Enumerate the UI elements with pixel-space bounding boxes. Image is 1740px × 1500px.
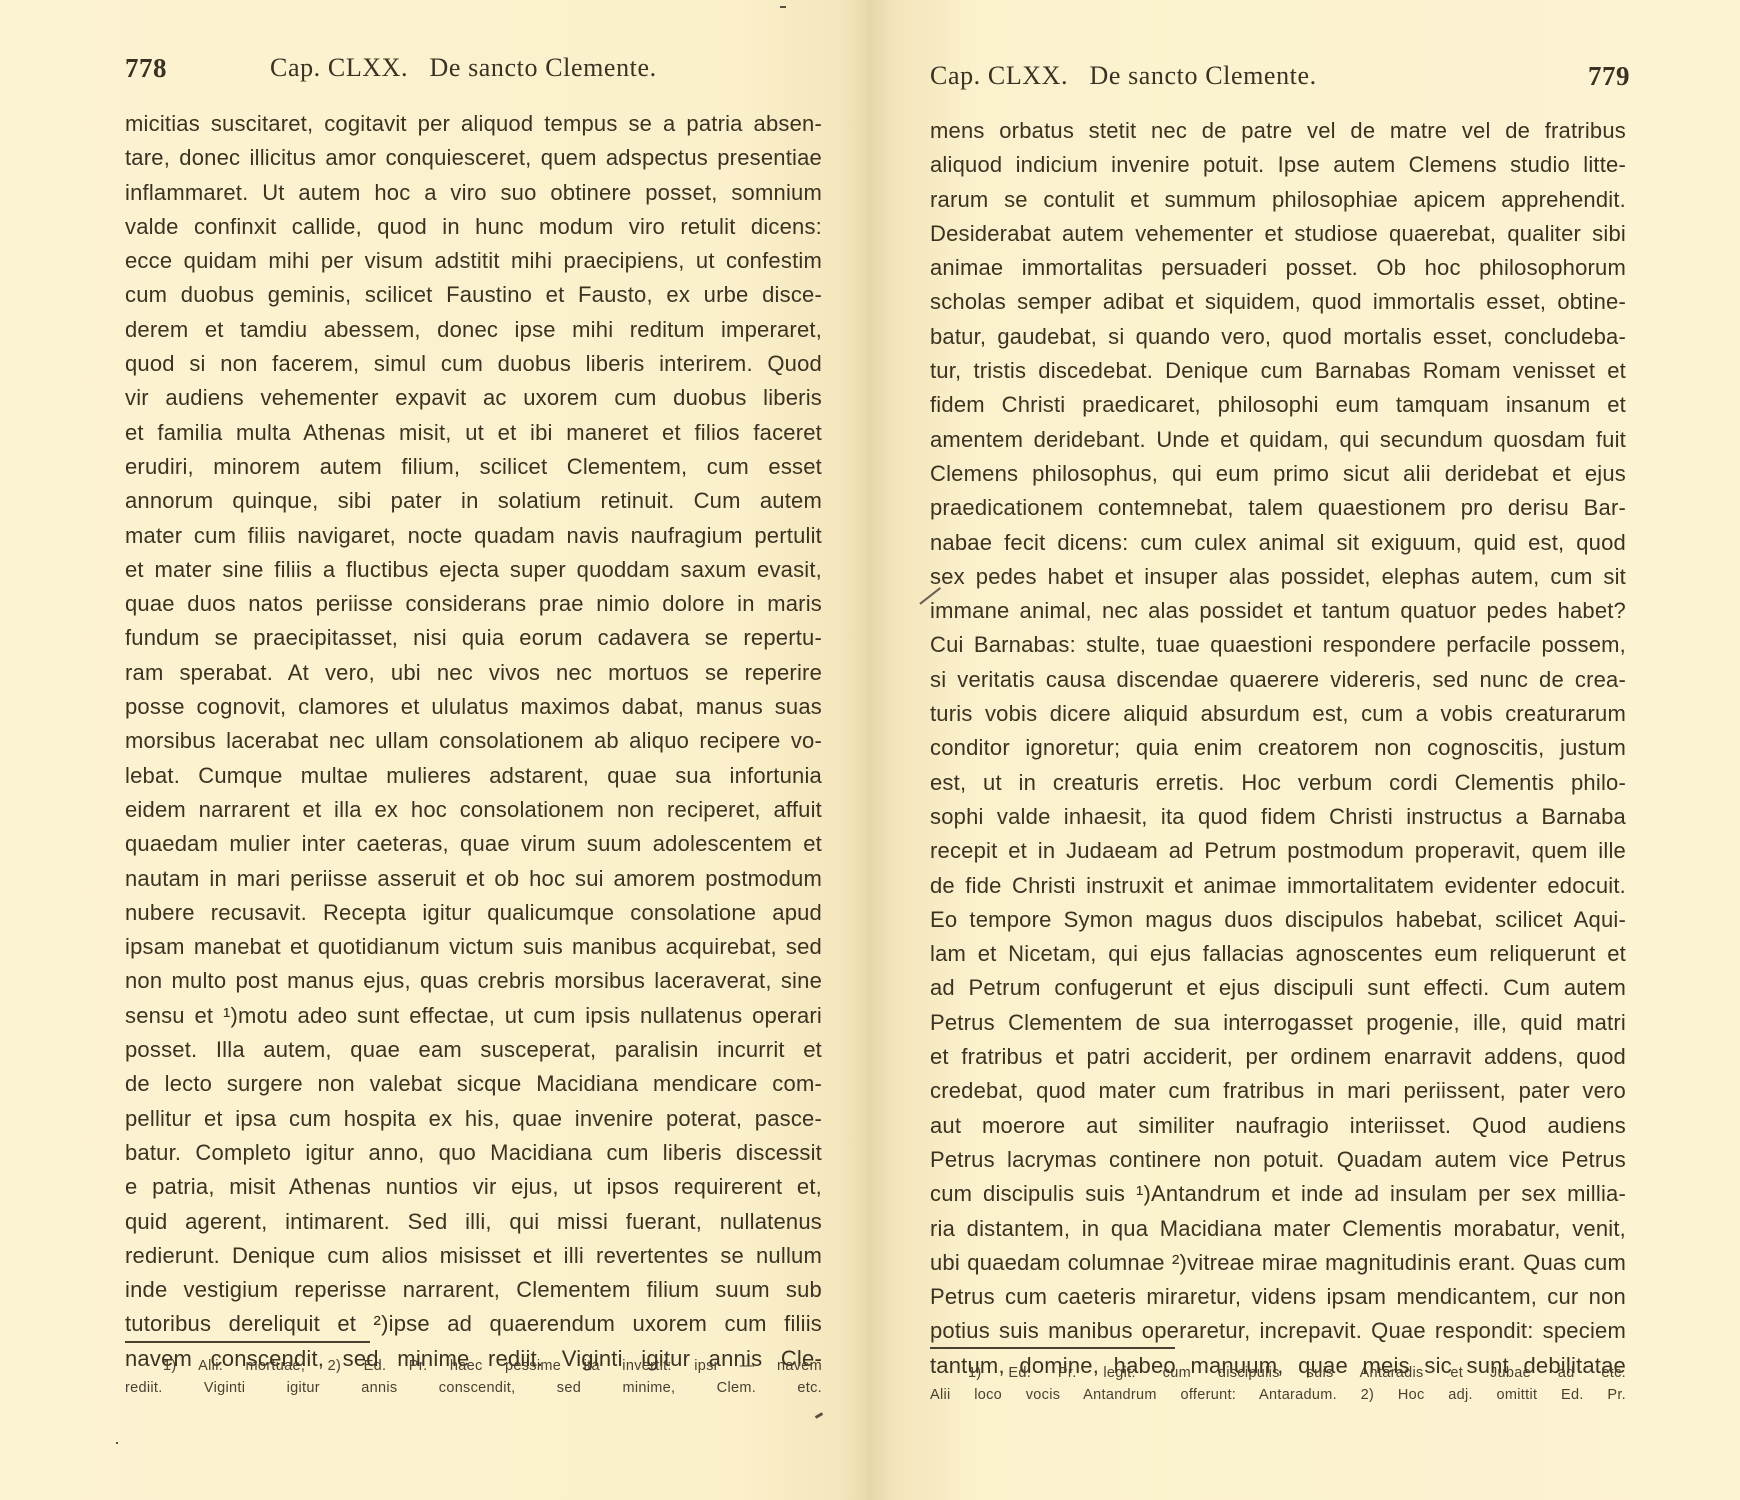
text-line: inflammaret. Ut autem hoc a viro suo obt… xyxy=(125,176,822,210)
text-line: ipsam manebat et quotidianum victum suis… xyxy=(125,930,822,964)
text-line: quae duos natos periisse considerans pra… xyxy=(125,587,822,621)
right-page: Cap. CLXX. De sancto Clemente. 779 mens … xyxy=(868,0,1740,1500)
text-line: batur. Completo igitur anno, quo Macidia… xyxy=(125,1136,822,1170)
book-spread: 778 Cap. CLXX. De sancto Clemente. micit… xyxy=(0,0,1740,1500)
text-line: ria distantem, in qua Macidiana mater Cl… xyxy=(930,1212,1626,1246)
text-line: et familia multa Athenas misit, ut et ib… xyxy=(125,416,822,450)
chapter-title: Cap. CLXX. De sancto Clemente. xyxy=(930,58,1317,94)
text-line: micitias suscitaret, cogitavit per aliqu… xyxy=(125,107,822,141)
text-line: Petrus Clementem de sua interrogasset pr… xyxy=(930,1006,1626,1040)
body-text-right: mens orbatus stetit nec de patre vel de … xyxy=(930,114,1626,1383)
footnote-line: 1) Alii: mortuae, 2) Ed. Pr. haec pessim… xyxy=(125,1355,822,1377)
text-line: erudiri, minorem autem filium, scilicet … xyxy=(125,450,822,484)
text-line: lebat. Cumque multae mulieres adstarent,… xyxy=(125,759,822,793)
text-line: fundum se praecipitasset, nisi quia eoru… xyxy=(125,621,822,655)
text-line: non multo post manus ejus, quas crebris … xyxy=(125,964,822,998)
footnote-line: Alii loco vocis Antandrum offerunt: Anta… xyxy=(930,1384,1626,1406)
text-line: ram sperabat. At vero, ubi nec vivos nec… xyxy=(125,656,822,690)
text-line: de lecto surgere non valebat sicque Maci… xyxy=(125,1067,822,1101)
text-line: sophi valde inhaesit, ita quod fidem Chr… xyxy=(930,800,1626,834)
footnotes-left: 1) Alii: mortuae, 2) Ed. Pr. haec pessim… xyxy=(125,1355,822,1399)
stray-dot xyxy=(116,1442,118,1444)
text-line: aliquod indicium invenire potuit. Ipse a… xyxy=(930,148,1626,182)
text-line: quid agerent, intimarent. Sed illi, qui … xyxy=(125,1205,822,1239)
text-line: conditor ignoretur; quia enim creatorem … xyxy=(930,731,1626,765)
text-line: credebat, quod mater cum fratribus in ma… xyxy=(930,1074,1626,1108)
text-line: ad Petrum confugerunt et ejus discipuli … xyxy=(930,971,1626,1005)
text-line: vir audiens vehementer expavit ac uxorem… xyxy=(125,381,822,415)
text-line: valde confinxit callide, quod in hunc mo… xyxy=(125,210,822,244)
text-line: Petrus lacrymas continere non potuit. Qu… xyxy=(930,1143,1626,1177)
text-line: mater cum filiis navigaret, nocte quadam… xyxy=(125,519,822,553)
text-line: nubere recusavit. Recepta igitur qualicu… xyxy=(125,896,822,930)
text-line: nautam in mari periisse asseruit et ob h… xyxy=(125,862,822,896)
running-head-right: Cap. CLXX. De sancto Clemente. 779 xyxy=(930,50,1630,86)
text-line: immane animal, nec alas possidet et tant… xyxy=(930,594,1626,628)
text-line: ecce quidam mihi per visum adstitit mihi… xyxy=(125,244,822,278)
text-line: tutoribus dereliquit et ²)ipse ad quaere… xyxy=(125,1307,822,1341)
text-line: praedicationem contemnebat, talem quaest… xyxy=(930,491,1626,525)
text-line: fidem Christi praedicaret, philosophi eu… xyxy=(930,388,1626,422)
text-line: posset. Illa autem, quae eam susceperat,… xyxy=(125,1033,822,1067)
stray-mark-top xyxy=(780,6,786,8)
text-line: et fratribus et patri acciderit, per ord… xyxy=(930,1040,1626,1074)
text-line: animae immortalitas persuaderi posset. O… xyxy=(930,251,1626,285)
text-line: cum discipulis suis ¹)Antandrum et inde … xyxy=(930,1177,1626,1211)
text-line: e patria, misit Athenas nuntios vir ejus… xyxy=(125,1170,822,1204)
text-line: eidem narrarent et illa ex hoc consolati… xyxy=(125,793,822,827)
stray-mark xyxy=(815,1412,823,1419)
text-line: cum duobus geminis, scilicet Faustino et… xyxy=(125,278,822,312)
footnotes-right: 1) Ed. Pr. legit: cum discipulis suis An… xyxy=(930,1362,1626,1406)
running-head-left: 778 Cap. CLXX. De sancto Clemente. xyxy=(125,50,825,86)
text-line: Eo tempore Symon magus duos discipulos h… xyxy=(930,903,1626,937)
text-line: est, ut in creaturis erretis. Hoc verbum… xyxy=(930,766,1626,800)
text-line: Desiderabat autem vehementer et studiose… xyxy=(930,217,1626,251)
text-line: Petrus cum caeteris miraretur, videns ip… xyxy=(930,1280,1626,1314)
text-line: inde vestigium reperisse narrarent, Clem… xyxy=(125,1273,822,1307)
text-line: quod si non facerem, simul cum duobus li… xyxy=(125,347,822,381)
footnote-line: 1) Ed. Pr. legit: cum discipulis suis An… xyxy=(930,1362,1626,1384)
text-line: derem et tamdiu abessem, donec ipse mihi… xyxy=(125,313,822,347)
text-line: lam et Nicetam, qui ejus fallacias agnos… xyxy=(930,937,1626,971)
text-line: aut moerore aut similiter naufragio inte… xyxy=(930,1109,1626,1143)
text-line: Clemens philosophus, qui eum primo sicut… xyxy=(930,457,1626,491)
text-line: amentem deridebant. Unde et quidam, qui … xyxy=(930,423,1626,457)
text-line: et mater sine filiis a fluctibus ejecta … xyxy=(125,553,822,587)
text-line: morsibus lacerabat nec ullam consolation… xyxy=(125,724,822,758)
text-line: redierunt. Denique cum alios misisset et… xyxy=(125,1239,822,1273)
text-line: sensu et ¹)motu adeo sunt effectae, ut c… xyxy=(125,999,822,1033)
text-line: batur, gaudebat, si quando vero, quod mo… xyxy=(930,320,1626,354)
footnote-rule xyxy=(125,1341,370,1343)
text-line: tur, tristis discedebat. Denique cum Bar… xyxy=(930,354,1626,388)
text-line: posse cognovit, clamores et ululatus max… xyxy=(125,690,822,724)
text-line: rarum se contulit et summum philosophiae… xyxy=(930,183,1626,217)
text-line: pellitur et ipsa cum hospita ex his, qua… xyxy=(125,1102,822,1136)
text-line: si veritatis causa discendae quaerere vi… xyxy=(930,663,1626,697)
footnote-rule xyxy=(930,1347,1175,1349)
text-line: ubi quaedam columnae ²)vitreae mirae mag… xyxy=(930,1246,1626,1280)
text-line: annorum quinque, sibi pater in solatium … xyxy=(125,484,822,518)
left-page: 778 Cap. CLXX. De sancto Clemente. micit… xyxy=(0,0,868,1500)
chapter-title: Cap. CLXX. De sancto Clemente. xyxy=(270,50,657,86)
text-line: turis vobis dicere aliquid absurdum est,… xyxy=(930,697,1626,731)
footnote-line: rediit. Viginti igitur annis conscendit,… xyxy=(125,1377,822,1399)
text-line: tare, donec illicitus amor conquiesceret… xyxy=(125,141,822,175)
page-number: 779 xyxy=(1588,58,1630,94)
text-line: sex pedes habet et insuper alas possidet… xyxy=(930,560,1626,594)
text-line: scholas semper adibat et siquidem, quod … xyxy=(930,285,1626,319)
text-line: mens orbatus stetit nec de patre vel de … xyxy=(930,114,1626,148)
text-line: potius suis manibus operaretur, increpav… xyxy=(930,1314,1626,1348)
text-line: quaedam mulier inter caeteras, quae viru… xyxy=(125,827,822,861)
text-line: Cui Barnabas: stulte, tuae quaestioni re… xyxy=(930,628,1626,662)
text-line: recepit et in Judaeam ad Petrum postmodu… xyxy=(930,834,1626,868)
text-line: nabae fecit dicens: cum culex animal sit… xyxy=(930,526,1626,560)
text-line: de fide Christi instruxit et animae immo… xyxy=(930,869,1626,903)
page-number: 778 xyxy=(125,50,167,86)
body-text-left: micitias suscitaret, cogitavit per aliqu… xyxy=(125,107,822,1376)
